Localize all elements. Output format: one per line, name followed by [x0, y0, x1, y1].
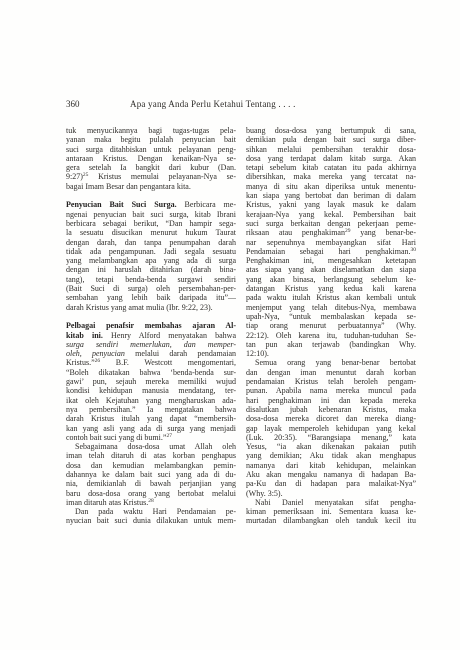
left-column: tuk menyucikannya bagi tugas-tugas pela-…	[66, 126, 236, 526]
text-line: ngenai penyucian bait suci surga, kitab …	[66, 210, 236, 219]
text-line: 9:27)25 Kristus memulai pelayanan-Nya se…	[66, 172, 236, 181]
text-line: Sebagaimana dosa-dosa umat Allah oleh	[66, 442, 236, 451]
text-line: la sesuatu disucikan menurut hukum Taura…	[66, 228, 236, 237]
text-line: iman ditaruh atas Kristus.28	[66, 498, 236, 507]
text-line: tidak ada pengampunan. Jadi segala sesua…	[66, 247, 236, 256]
text-line: (Bait Suci di surga) oleh persembahan-pe…	[66, 284, 236, 293]
text-line: yang akan binasa, berlangsung sebelum ke…	[246, 275, 416, 284]
text-line: Aku akan mengaku namanya di hadapan Ba-	[246, 470, 416, 479]
text-line: kiman pemeriksaan ini. Sementara kuasa k…	[246, 507, 416, 516]
text-line: atas siapa yang akan diselamatkan dan si…	[246, 265, 416, 274]
text-line: yanan maka begitu pulalah penyucian bait	[66, 135, 236, 144]
text-line: surga sendiri memerlukan, dan memper-	[66, 340, 236, 349]
text-line: suci surga berkaitan dengan pekerjaan pe…	[246, 219, 416, 228]
text-line: tan pun akan terjawab (bandingkan Why.	[246, 340, 416, 349]
text-line: ikat oleh Kejatuhan yang mengharuskan ad…	[66, 396, 236, 405]
text-line: kan yang asli yang ada di surga yang men…	[66, 424, 236, 433]
text-line: darah Kristus itulah yang dapat “members…	[66, 414, 236, 423]
text-line: baru dosa-dosa orang yang bertobat melal…	[66, 489, 236, 498]
text-line: nya pembersihan.” Ia mengatakan bahwa	[66, 405, 236, 414]
text-line: manya di situ akan diperiksa untuk menen…	[246, 182, 416, 191]
text-line: Penghakiman ini, mengesahkan ketetapan	[246, 256, 416, 265]
text-line: 12:10).	[246, 349, 416, 358]
text-line: kitab ini. Henry Alford menyatakan bahwa	[66, 331, 236, 340]
text-line: dibersihkan, maka mereka yang tercatat n…	[246, 172, 416, 181]
text-line: upah-Nya, “untuk membalaskan kepada se-	[246, 312, 416, 321]
text-line: yang melambangkan apa yang ada di surga	[66, 256, 236, 265]
text-line: nyucian bait suci dunia dilakukan untuk …	[66, 516, 236, 525]
text-line: Pelbagai penafsir membahas ajaran Al-	[66, 321, 236, 330]
text-line: tuk menyucikannya bagi tugas-tugas pela-	[66, 126, 236, 135]
text-line: tetapi sebelum kitab catatan itu pada ak…	[246, 163, 416, 172]
text-line: Yesus, “ia akan dikenakan pakaian putih	[246, 442, 416, 451]
text-line: berbicara sebagai berikut, “Dan hampir s…	[66, 219, 236, 228]
text-line: murtadan dilambangkan oleh tanduk kecil …	[246, 516, 416, 525]
text-line: sihkan melalui pembersihan terakhir dosa…	[246, 145, 416, 154]
text-line: hari penghakiman ini dan kepada mereka	[246, 396, 416, 405]
text-line: Dan pada waktu Hari Pendamaian pe-	[66, 507, 236, 516]
text-line: gawi’ pun, sejauh mereka memiliki wujud	[66, 377, 236, 386]
running-title: Apa yang Anda Perlu Ketahui Tentang . . …	[130, 99, 296, 110]
text-line: “Boleh dikatakan bahwa ‘benda-benda sur-	[66, 368, 236, 377]
text-line: Semua orang yang benar-benar bertobat	[246, 358, 416, 367]
text-line: demikian pula dengan bait suci surga dib…	[246, 135, 416, 144]
text-line: dengan ini haruslah ditahirkan (darah bi…	[66, 265, 236, 274]
text-line: menjemput yang telah ditebus-Nya, membaw…	[246, 303, 416, 312]
text-columns: tuk menyucikannya bagi tugas-tugas pela-…	[66, 126, 416, 526]
text-line: Kristus, yakni yang layak masuk ke dalam	[246, 200, 416, 209]
text-line: Pendamaian sebagai hari penghakiman.30	[246, 247, 416, 256]
text-line: Penyucian Bait Suci Surga. Berbicara me-	[66, 200, 236, 209]
paragraph-break	[66, 312, 236, 321]
text-line: dan dengan iman menuntut darah korban	[246, 368, 416, 377]
book-page: 360 Apa yang Anda Perlu Ketahui Tentang …	[0, 0, 460, 650]
text-line: gap layak memperoleh kehidupan yang keka…	[246, 424, 416, 433]
text-line: iman telah ditaruh di atas korban pengha…	[66, 451, 236, 460]
text-line: (Why. 3:5).	[246, 489, 416, 498]
text-line: kan siapa yang bertobat dan beriman di d…	[246, 191, 416, 200]
text-line: dengan darah, dan tanpa penumpahan darah	[66, 238, 236, 247]
text-line: pa-Ku dan di hadapan para malaikat-Nya”	[246, 479, 416, 488]
text-line: Nabi Daniel menyatakan sifat pengha-	[246, 498, 416, 507]
text-line: pada waktu itulah Kristus akan kembali u…	[246, 293, 416, 302]
text-line: buang dosa-dosa yang bertumpuk di sana,	[246, 126, 416, 135]
paragraph-break	[66, 191, 236, 200]
text-line: dosa dan kemudian melambangkan pemin-	[66, 461, 236, 470]
text-line: kondisi kehidupan manusia mendatang, ter…	[66, 386, 236, 395]
text-line: (Luk. 20:35). “Barangsiapa menang,” kata	[246, 433, 416, 442]
text-line: sembahan yang lebih baik daripada itu”—	[66, 293, 236, 302]
text-line: namanya dari kitab kehidupan, melainkan	[246, 461, 416, 470]
text-line: antaraan Kristus. Dengan kenaikan-Nya se…	[66, 154, 236, 163]
text-line: disalutkan jubah kebenaran Kristus, maka	[246, 405, 416, 414]
text-line: kerajaan-Nya yang kekal. Pembersihan bai…	[246, 210, 416, 219]
text-line: dahannya ke dalam bait suci yang ada di …	[66, 470, 236, 479]
text-line: datangan Kristus yang kedua kali karena	[246, 284, 416, 293]
text-line: darah Kristus yang amat mulia (Ibr. 9:22…	[66, 303, 236, 312]
text-line: Kristus.”26 B.F. Westcott mengomentari,	[66, 358, 236, 367]
page-number: 360	[66, 99, 80, 110]
text-line: oleh, penyucian melalui darah pendamaian	[66, 349, 236, 358]
text-line: punan. Apabila nama mereka muncul pada	[246, 386, 416, 395]
text-line: suci surga ditahbiskan untuk pelayanan p…	[66, 145, 236, 154]
text-line: tiap orang menurut perbuatannya” (Why.	[246, 321, 416, 330]
text-line: contoh bait suci yang di bumi.”27	[66, 433, 236, 442]
text-line: yang demikian; Aku tidak akan menghapus	[246, 451, 416, 460]
text-line: dosa-dosa mereka dicoret dan mereka dian…	[246, 414, 416, 423]
text-line: pendamaian Kristus telah beroleh pengam-	[246, 377, 416, 386]
text-line: nar sepenuhnya membayangkan sifat Hari	[246, 238, 416, 247]
text-line: tang), tetapi benda-benda surgawi sendir…	[66, 275, 236, 284]
text-line: riksaan atau penghakiman29 yang benar-be…	[246, 228, 416, 237]
text-line: bagai Imam Besar dan pengantara kita.	[66, 182, 236, 191]
right-column: buang dosa-dosa yang bertumpuk di sana,d…	[246, 126, 416, 526]
text-line: 22:12). Oleh karena itu, tuduhan-tuduhan…	[246, 331, 416, 340]
text-line: gera setelah Ia bangkit dari kubur (Dan.	[66, 163, 236, 172]
text-line: dosa yang terdapat dalam kitab surga. Ak…	[246, 154, 416, 163]
text-line: nia, demikianlah di bawah perjanjian yan…	[66, 479, 236, 488]
